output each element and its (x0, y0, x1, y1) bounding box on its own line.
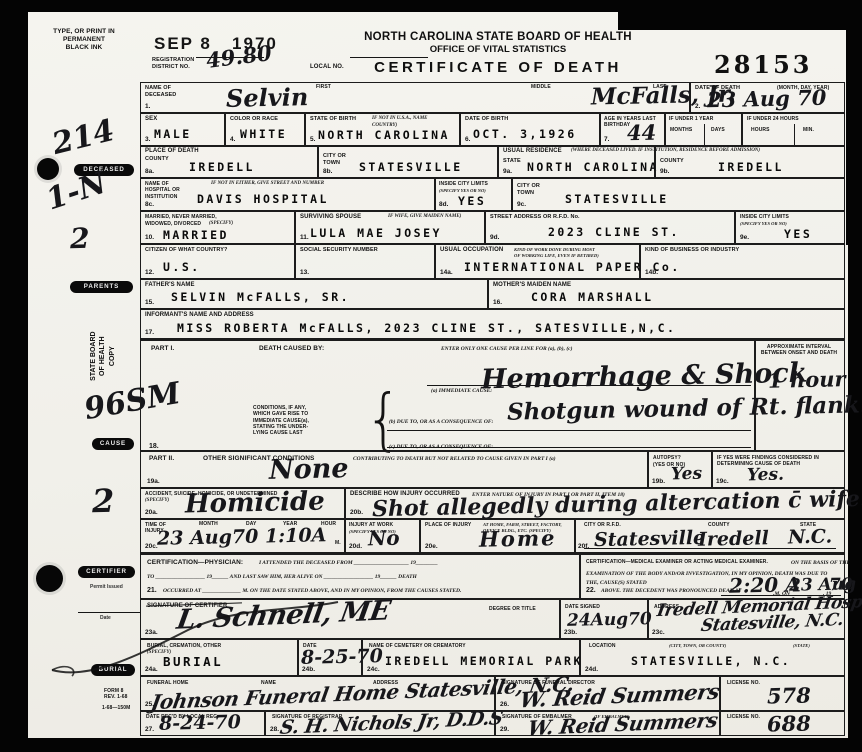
certificate-title: CERTIFICATE OF DEATH (328, 59, 668, 76)
state-board-copy-label: STATE BOARD OF HEALTH COPY (89, 321, 117, 391)
part1-cause-of-death: PART I. DEATH CAUSED BY: ENTER ONLY ONE … (140, 339, 755, 451)
conditions-label: CONDITIONS, IF ANY, WHICH GAVE RISE TO I… (253, 405, 309, 436)
date-received-value: 8-24-70 (159, 711, 241, 735)
race-num: 4. (230, 136, 235, 143)
field-date-of-birth: DATE OF BIRTH 6. OCT. 3,1926 (460, 113, 600, 146)
scan-border-bottom (0, 738, 862, 752)
certificate-paper: SEP 8 1970 REGISTRATION DISTRICT NO. 49.… (28, 12, 848, 738)
disposition-label: BURIAL, CREMATION, OTHER (147, 643, 221, 649)
field-funeral-director-signature: SIGNATURE OF FUNERAL DIRECTOR 26. W. Rei… (495, 676, 720, 711)
field-time-of-injury: TIME OF INJURY MONTH DAY YEAR HOUR 20c. … (140, 519, 345, 553)
residence-city-num: 9c. (517, 201, 526, 208)
cert-physician-line1: I ATTENDED THE DECEASED FROM ___________… (259, 560, 438, 566)
field-citizenship: CITIZEN OF WHAT COUNTRY? 12. U.S. (140, 244, 295, 279)
residence-county-num: 9b. (660, 168, 669, 175)
part2-other-conditions: PART II. OTHER SIGNIFICANT CONDITIONS CO… (140, 451, 648, 488)
board-title: NORTH CAROLINA STATE BOARD OF HEALTH (328, 31, 668, 43)
field-date-received: DATE REC'D BY LOCAL REG. 27. 8-24-70 (140, 711, 265, 736)
pod-county-label: COUNTY (145, 156, 169, 163)
field-inside-city-limits-8d: INSIDE CITY LIMITS (SPECIFY YES OR NO) 8… (435, 178, 512, 211)
name-first-value: Selvin (226, 82, 309, 113)
pod-city-label: CITY OR TOWN (323, 153, 346, 167)
marital-label1: MARRIED, NEVER MARRIED, (145, 214, 217, 220)
type-or-print-instruction: TYPE, OR PRINT IN PERMANENT BLACK INK (42, 28, 126, 52)
residence-state-label: STATE (503, 158, 521, 165)
permit-issued-label: Permit Issued (90, 584, 123, 590)
field-sex: SEX 3. MALE (140, 113, 225, 146)
under-1yr-days-label: DAYS (711, 127, 725, 133)
date-of-death-num: 2. (695, 103, 700, 110)
occupation-num: 14a. (440, 269, 453, 276)
field-autopsy: AUTOPSY? (YES OR NO) 19b. Yes (648, 451, 712, 488)
field-if-under-24-hours: IF UNDER 24 HOURS HOURS MIN. (742, 113, 845, 146)
field-injury-location: CITY OR R.F.D. COUNTY STATE 20f. Statesv… (575, 519, 845, 553)
hospital-label: NAME OF HOSPITAL OR INSTITUTION (145, 181, 180, 200)
field-signature-of-certifier: SIGNATURE OF CERTIFIER DEGREE OR TITLE 2… (140, 599, 560, 639)
certifier-section-badge: CERTIFIER (78, 566, 135, 578)
time-of-injury-num: 20c. (145, 543, 158, 550)
field-burial-date: DATE 24b. 8-25-70 (298, 639, 362, 676)
residence-state-value: NORTH CAROLINA (527, 160, 659, 174)
sex-value: MALE (154, 127, 192, 141)
margin-date-line (78, 612, 140, 613)
field-place-of-death-county: PLACE OF DEATH COUNTY 8a. IREDELL (140, 146, 318, 178)
race-value: WHITE (240, 127, 287, 141)
marital-value: MARRIED (163, 228, 229, 242)
hospital-sub: IF NOT IN EITHER, GIVE STREET AND NUMBER (211, 181, 324, 188)
state-of-birth-label: STATE OF BIRTH (310, 116, 356, 123)
cert-physician-line2: TO __________________ 19______ AND LAST … (147, 574, 417, 580)
location-num: 24d. (585, 666, 598, 673)
degree-or-title-label: DEGREE OR TITLE (489, 606, 536, 612)
pod-county-num: 8a. (145, 168, 154, 175)
due-to-b-line (387, 430, 751, 431)
part1-num: 18. (149, 443, 159, 450)
certifier-signature-value: L. Schnell, ME (174, 595, 392, 636)
header-block: NORTH CAROLINA STATE BOARD OF HEALTH OFF… (328, 31, 668, 76)
inside-city-8d-label: INSIDE CITY LIMITS (439, 181, 488, 187)
marital-sub: (SPECIFY) (209, 221, 233, 228)
margin-date-label: Date (100, 615, 111, 621)
embalmer-value: W. Reid Summers (526, 708, 719, 740)
residence-county-label: COUNTY (660, 158, 684, 165)
name-num: 1. (145, 103, 150, 110)
spouse-num: 11. (300, 234, 309, 241)
margin-handwritten-214: 214 (49, 113, 118, 162)
state-of-birth-num: 5. (310, 136, 315, 143)
certification-medical-examiner: CERTIFICATION—MEDICAL EXAMINER OR ACTING… (580, 553, 845, 599)
embalmer-num: 29. (500, 726, 509, 733)
time-of-injury-value: 23 Aug70 1:10A (157, 524, 327, 550)
field-injury-at-work: INJURY AT WORK (SPECIFY YES OR NO) 20d. … (345, 519, 420, 553)
field-place-of-injury: PLACE OF INJURY AT HOME, FARM, STREET, F… (420, 519, 575, 553)
occupation-label: USUAL OCCUPATION (440, 247, 503, 255)
place-of-injury-value: Home (479, 525, 557, 552)
field-informant: INFORMANT'S NAME AND ADDRESS 17. MISS RO… (140, 309, 845, 339)
field-race: COLOR OR RACE 4. WHITE (225, 113, 305, 146)
cert-examiner-line1: ON THE BASIS OF THE (791, 560, 850, 566)
under-24hr-min-label: MIN. (803, 127, 814, 133)
findings-num: 19c. (716, 478, 729, 485)
pod-county-value: IREDELL (189, 160, 255, 174)
certification-physician: CERTIFICATION—PHYSICIAN: I ATTENDED THE … (140, 553, 580, 599)
hole-punch-bottom (36, 565, 63, 592)
manner-value: Homicide (185, 487, 325, 520)
informant-num: 17. (145, 329, 154, 336)
inside-city-9e-sub: (SPECIFY YES OR NO) (740, 221, 787, 227)
field-inside-city-limits-9e: INSIDE CITY LIMITS (SPECIFY YES OR NO) 9… (735, 211, 845, 244)
place-of-injury-num: 20e. (425, 543, 438, 550)
field-cemetery: NAME OF CEMETERY OR CREMATORY 24c. IREDE… (362, 639, 580, 676)
pod-city-value: STATESVILLE (359, 160, 463, 174)
field-cemetery-location: LOCATION (CITY, TOWN, OR COUNTY) (STATE)… (580, 639, 845, 676)
burial-section-badge: BURIAL (91, 664, 135, 676)
certificate-serial-number: 28153 (714, 50, 813, 79)
autopsy-label: AUTOPSY? (653, 455, 681, 461)
residence-state-num: 9a. (503, 168, 512, 175)
cert-examiner-line3: ABOVE. THE DECEDENT WAS PRONOUNCED DEAD … (601, 588, 742, 594)
name-label: NAME OF DECEASED (145, 85, 176, 99)
field-if-under-1-year: IF UNDER 1 YEAR MONTHS DAYS (665, 113, 742, 146)
how-injury-num: 20b. (350, 509, 363, 516)
under-1yr-divider (704, 124, 705, 146)
interval-value: 1 hour (768, 366, 846, 393)
mother-value: CORA MARSHALL (531, 290, 654, 304)
field-certifier-address: ADDRESS 23c. Iredell Memorial Hospital S… (648, 599, 845, 639)
residence-city-label: CITY OR TOWN (517, 183, 540, 197)
field-findings-considered: IF YES WERE FINDINGS CONSIDERED IN DETER… (712, 451, 845, 488)
industry-label: KIND OF BUSINESS OR INDUSTRY (645, 247, 739, 254)
field-place-of-death-city: CITY OR TOWN 8b. STATESVILLE (318, 146, 498, 178)
street-num: 9d. (490, 234, 499, 241)
interval-onset-death: APPROXIMATE INTERVAL BETWEEN ONSET AND D… (755, 339, 845, 451)
marital-num: 10. (145, 234, 154, 241)
autopsy-num: 19b. (652, 478, 665, 485)
field-burial-cremation: BURIAL, CREMATION, OTHER (SPECIFY) 24a. … (140, 639, 298, 676)
field-embalmer-signature: SIGNATURE OF EMBALMER (IF EMBALMED) 29. … (495, 711, 720, 736)
name-middle-label: MIDDLE (531, 84, 551, 90)
name-first-label: FIRST (316, 84, 331, 90)
form-number-note: FORM 8 REV. 1-68 (104, 688, 128, 701)
informant-value: MISS ROBERTA McFALLS, 2023 CLINE ST., SA… (177, 321, 676, 335)
spouse-label: SURVIVING SPOUSE (300, 214, 361, 222)
race-label: COLOR OR RACE (230, 116, 278, 123)
location-value: STATESVILLE, N.C. (631, 654, 791, 668)
registration-underline (196, 57, 264, 58)
under-24hr-divider (794, 124, 795, 146)
embalmer-license-label: LICENSE NO. (727, 714, 760, 720)
certifier-address-num: 23c. (652, 629, 665, 636)
injury-city-label: CITY OR R.F.D. (584, 522, 621, 528)
margin-handwritten-2b: 2 (92, 482, 115, 520)
scan-border-right (846, 0, 862, 245)
cert-physician-line3: OCCURRED AT ______________ M. ON THE DAT… (163, 588, 461, 594)
date-received-num: 27. (145, 726, 154, 733)
part2-sub: CONTRIBUTING TO DEATH BUT NOT RELATED TO… (353, 456, 556, 462)
field-registrar-signature: SIGNATURE OF REGISTRAR 28. S. H. Nichols… (265, 711, 495, 736)
place-of-death-group-label: PLACE OF DEATH (145, 148, 199, 156)
location-sub1: (CITY, TOWN, OR COUNTY) (669, 643, 726, 649)
funeral-home-label: FUNERAL HOME (147, 680, 188, 686)
mother-num: 16. (493, 299, 502, 306)
inside-city-8d-num: 8d. (439, 201, 448, 208)
residence-group-label: USUAL RESIDENCE (503, 148, 562, 156)
field-mother-name: MOTHER'S MAIDEN NAME 16. CORA MARSHALL (488, 279, 845, 309)
interval-label: APPROXIMATE INTERVAL BETWEEN ONSET AND D… (759, 344, 839, 357)
sex-label: SEX (145, 116, 157, 124)
citizen-value: U.S. (163, 260, 201, 274)
citizen-num: 12. (145, 269, 154, 276)
age-value: 44 (627, 120, 657, 146)
ssn-label: SOCIAL SECURITY NUMBER (300, 247, 378, 254)
part1-note: ENTER ONLY ONE CAUSE PER LINE FOR (a), (… (441, 346, 572, 352)
field-date-of-death: DATE OF DEATH (MONTH, DAY, YEAR) 2. 23 A… (690, 82, 845, 113)
disposition-num: 24a. (145, 666, 158, 673)
date-of-birth-label: DATE OF BIRTH (465, 116, 508, 123)
hole-punch-top (37, 158, 59, 180)
certifier-num: 23a. (145, 629, 158, 636)
sex-num: 3. (145, 136, 150, 143)
residence-group-sub: (WHERE DECEASED LIVED. IF INSTITUTION, R… (571, 148, 841, 155)
informant-label: INFORMANT'S NAME AND ADDRESS (145, 312, 254, 320)
registration-district-label: REGISTRATION DISTRICT NO. (152, 57, 194, 71)
margin-handwritten-2: 2 (70, 222, 90, 255)
director-license-label: LICENSE NO. (727, 680, 760, 686)
spouse-sub: IF WIFE, GIVE MAIDEN NAME) (388, 214, 461, 221)
hospital-num: 8c. (145, 201, 154, 208)
cemetery-label: NAME OF CEMETERY OR CREMATORY (369, 643, 466, 649)
field-ssn: SOCIAL SECURITY NUMBER 13. (295, 244, 435, 279)
scan-border-top-right (618, 0, 862, 30)
under-1yr-months-label: MONTHS (670, 127, 692, 133)
under-24hr-hours-label: HOURS (751, 127, 770, 133)
cause-section-badge: CAUSE (92, 438, 134, 450)
part1-label: PART I. (151, 345, 174, 353)
date-of-death-value: 23 Aug 70 (707, 85, 827, 112)
residence-county-value: IREDELL (718, 160, 784, 174)
father-label: FATHER'S NAME (145, 282, 195, 290)
field-street-address: STREET ADDRESS OR R.F.D. No. 9d. 2023 CL… (485, 211, 735, 244)
inside-city-9e-label: INSIDE CITY LIMITS (740, 214, 789, 220)
inside-city-9e-num: 9e. (740, 234, 749, 241)
injury-state-value: N.C. (788, 526, 833, 549)
age-num: 7. (604, 136, 609, 143)
residence-city-value: STATESVILLE (565, 192, 669, 206)
under-1yr-label: IF UNDER 1 YEAR (669, 116, 713, 122)
death-certificate-scan: SEP 8 1970 REGISTRATION DISTRICT NO. 49.… (0, 0, 862, 752)
cert-examiner-num: 22. (586, 587, 596, 594)
manner-sub: (SPECIFY) (145, 498, 169, 505)
field-director-license: LICENSE NO. 578 (720, 676, 845, 711)
due-to-c-line (387, 447, 751, 448)
date-signed-value: 24Aug70 (567, 609, 652, 631)
ssn-num: 13. (300, 269, 309, 276)
cemetery-value: IREDELL MEMORIAL PARK (385, 654, 583, 668)
part2-label: PART II. (149, 455, 174, 463)
print-run-note: 1-68—150M (102, 705, 130, 711)
field-residence-city: CITY OR TOWN 9c. STATESVILLE (512, 178, 845, 211)
field-surviving-spouse: SURVIVING SPOUSE IF WIFE, GIVE MAIDEN NA… (295, 211, 485, 244)
hospital-value: DAVIS HOSPITAL (197, 192, 329, 206)
field-residence-state: USUAL RESIDENCE (WHERE DECEASED LIVED. I… (498, 146, 655, 178)
inside-city-8d-value: YES (458, 194, 486, 208)
pod-city-num: 8b. (323, 168, 332, 175)
field-age: AGE IN YEARS LAST BIRTHDAY 7. 44 (600, 113, 665, 146)
injury-at-work-num: 20d. (349, 543, 362, 550)
cert-physician-num: 21. (147, 587, 157, 594)
embalmer-license-value: 688 (767, 711, 811, 737)
street-label: STREET ADDRESS OR R.F.D. No. (490, 214, 580, 221)
injury-location-underline (584, 548, 836, 549)
date-of-birth-value: OCT. 3,1926 (473, 127, 577, 141)
field-marital-status: MARRIED, NEVER MARRIED, WIDOWED, DIVORCE… (140, 211, 295, 244)
under-24hr-label: IF UNDER 24 HOURS (747, 116, 799, 122)
autopsy-value: Yes (671, 464, 702, 485)
meridiem-label: M. (335, 540, 341, 546)
location-label: LOCATION (589, 643, 616, 649)
part1-caused-by-label: DEATH CAUSED BY: (259, 345, 324, 353)
parents-section-badge: PARENTS (70, 281, 133, 293)
inside-city-9e-value: YES (784, 227, 812, 241)
field-occupation: USUAL OCCUPATION KIND OF WORK DONE DURIN… (435, 244, 640, 279)
field-date-signed: DATE SIGNED 23b. 24Aug70 (560, 599, 648, 639)
manner-num: 20a. (145, 509, 158, 516)
occupation-value: INTERNATIONAL PAPER Co. (464, 260, 681, 274)
father-value: SELVIN McFALLS, SR. (171, 290, 350, 304)
field-name-of-deceased: NAME OF DECEASED 1. FIRST MIDDLE LAST Se… (140, 82, 690, 113)
field-manner-of-death: ACCIDENT, SUICIDE, HOMICIDE, OR UNDETERM… (140, 488, 345, 519)
citizen-label: CITIZEN OF WHAT COUNTRY? (145, 247, 227, 254)
findings-value: Yes. (747, 465, 784, 486)
spouse-value: LULA MAE JOSEY (310, 226, 442, 240)
cemetery-num: 24c. (367, 666, 380, 673)
office-title: OFFICE OF VITAL STATISTICS (328, 44, 668, 55)
field-state-of-birth: STATE OF BIRTH IF NOT IN U.S.A., NAME CO… (305, 113, 460, 146)
field-funeral-home: FUNERAL HOME NAME ADDRESS 25. Johnson Fu… (140, 676, 495, 711)
disposition-value: BURIAL (163, 654, 223, 669)
mother-label: MOTHER'S MAIDEN NAME (493, 282, 571, 290)
state-of-birth-value: NORTH CAROLINA (318, 128, 450, 142)
date-of-birth-num: 6. (465, 136, 470, 143)
cert-physician-title: CERTIFICATION—PHYSICIAN: (147, 559, 243, 567)
field-embalmer-license: LICENSE NO. 688 (720, 711, 845, 736)
occupation-sub: KIND OF WORK DONE DURING MOST OF WORKING… (514, 247, 599, 259)
field-hospital: NAME OF HOSPITAL OR INSTITUTION IF NOT I… (140, 178, 435, 211)
due-to-b-label: (b) DUE TO, OR AS A CONSEQUENCE OF: (389, 419, 493, 425)
marital-label2: WIDOWED, DIVORCED (145, 221, 201, 227)
registrar-value: S. H. Nichols Jr, D.D.S (278, 707, 504, 739)
street-value: 2023 CLINE ST. (548, 225, 680, 239)
director-license-value: 578 (767, 683, 811, 709)
place-of-injury-label: PLACE OF INJURY (425, 522, 471, 528)
father-num: 15. (145, 299, 154, 306)
cert-examiner-title: CERTIFICATION—MEDICAL EXAMINER OR ACTING… (586, 559, 768, 565)
registrar-num: 28. (270, 726, 279, 733)
injury-at-work-value: No (368, 526, 400, 551)
field-how-injury-occurred: DESCRIBE HOW INJURY OCCURRED ENTER NATUR… (345, 488, 845, 519)
field-father-name: FATHER'S NAME 15. SELVIN McFALLS, SR. (140, 279, 488, 309)
location-sub2: (STATE) (793, 643, 810, 649)
part2-value: None (269, 453, 349, 486)
part2-num: 19a. (147, 478, 160, 485)
